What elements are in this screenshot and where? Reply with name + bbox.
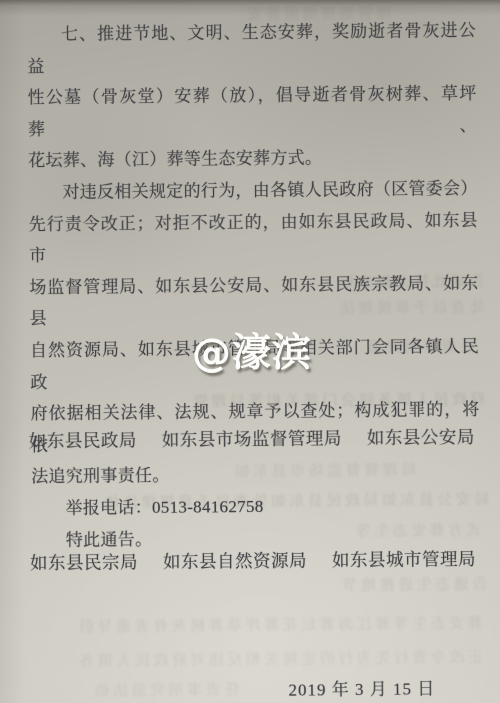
bleed-through-artifact: 正改令责行先为行的定规关相反违对府政民人镇各 (43, 646, 483, 671)
body-line-2: 性公墓（骨灰堂）安葬（放），倡导逝者骨灰树葬、草坪葬、 (27, 78, 477, 145)
body-line-5: 先行责令改正；对拒不改正的，由如东县民政局、如东县市 (29, 204, 479, 271)
agency-name: 如东县民宗局 (30, 549, 138, 575)
agency-name: 如东县自然资源局 (163, 547, 307, 573)
agency-name: 如东县市场监督管理局 (162, 425, 342, 452)
paper-content: 理管划规地用葬安 告通此特关相定规 处查以予章规规法 任责事刑究追 府政民人镇各… (0, 0, 500, 703)
body-line-3: 花坛葬、海（江）葬等生态安葬方式。 (28, 141, 477, 177)
agency-name: 如东县民政局 (29, 427, 137, 453)
date-line: 2019 年 3 月 15 日 (288, 674, 435, 700)
notice-body: 七、推进节地、文明、生态安葬，奖励逝者骨灰进公益 性公墓（骨灰堂）安葬（放），倡… (27, 15, 481, 556)
body-line-4: 对违反相关规定的行为，由各镇人民政府（区管委会） (28, 173, 477, 209)
bleed-through-artifact: 告通态生进推地节 (277, 573, 487, 596)
body-line-7: 自然资源局、如东县城市管理局等相关部门会同各镇人民政 (30, 331, 480, 398)
bleed-through-artifact: 葬安态生等葬江海葬坛花葬坪草葬树灰骨者逝导倡 (43, 612, 483, 637)
signature-row-1: 如东县民政局 如东县市场监督管理局 如东县公安局 (29, 424, 475, 453)
body-line-9: 法追究刑事责任。 (31, 457, 480, 493)
body-line-1: 七、推进节地、文明、生态安葬，奖励逝者骨灰进公益 (27, 15, 477, 82)
agency-name: 如东县城市管理局 (332, 546, 476, 572)
agency-name: 如东县公安局 (367, 424, 475, 450)
body-line-6: 场监督管理局、如东县公安局、如东县民族宗教局、如东县 (29, 268, 479, 335)
signature-row-2: 如东县民宗局 如东县自然资源局 如东县城市管理局 (30, 546, 476, 575)
document-photo: 理管划规地用葬安 告通此特关相定规 处查以予章规规法 任责事刑究追 府政民人镇各… (0, 0, 500, 703)
report-phone-line: 举报电话：0513-84162758 (31, 489, 480, 525)
bleed-through-artifact: 任责事刑究追法依 (39, 678, 239, 701)
